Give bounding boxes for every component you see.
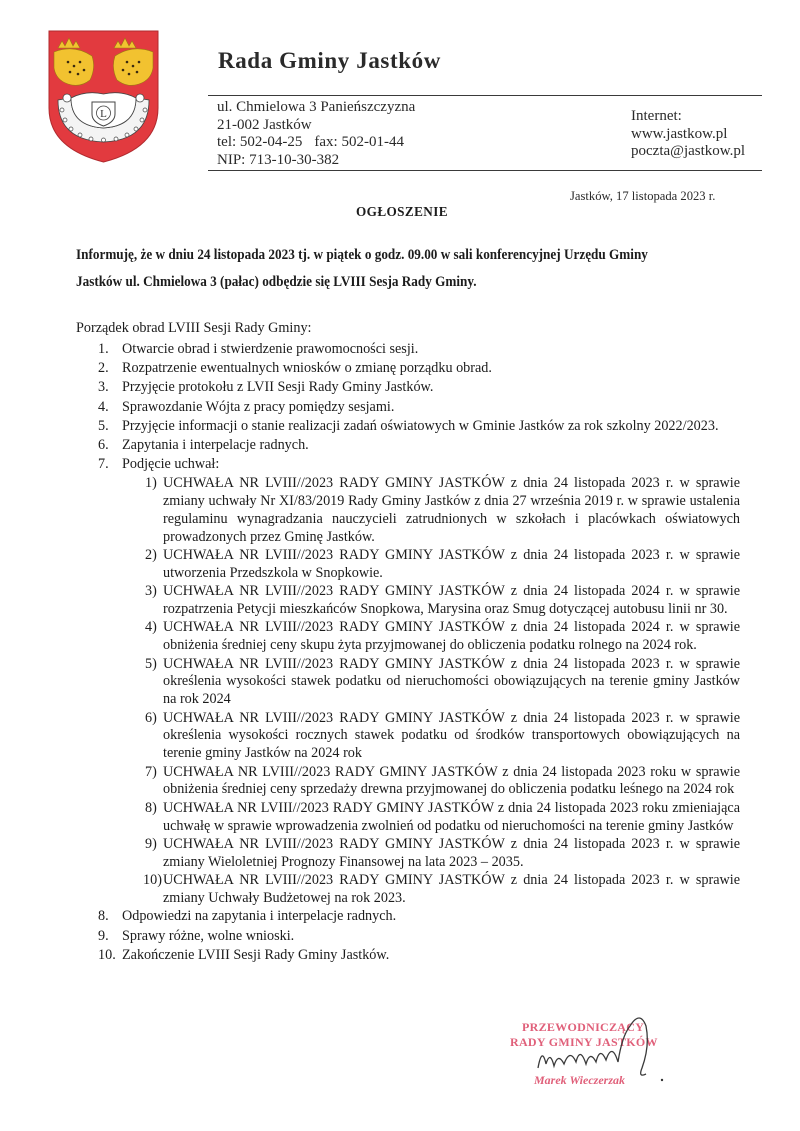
agenda-item-number: 5. [98,418,109,436]
announcement-intro: Informuję, że w dniu 24 listopada 2023 t… [76,242,690,296]
resolution-number: 10) [143,872,162,890]
resolution-text: UCHWAŁA NR LVIII//2023 RADY GMINY JASTKÓ… [163,475,740,544]
resolution-item: 2)UCHWAŁA NR LVIII//2023 RADY GMINY JAST… [76,547,740,583]
resolution-text: UCHWAŁA NR LVIII//2023 RADY GMINY JASTKÓ… [163,800,740,834]
svg-text:L: L [100,108,107,120]
resolution-item: 10)UCHWAŁA NR LVIII//2023 RADY GMINY JAS… [76,872,740,908]
resolution-number: 4) [145,619,157,637]
agenda-item-number: 6. [98,437,109,455]
phone-fax-line: tel: 502-04-25fax: 502-01-44 [217,134,415,152]
agenda-item-number: 8. [98,908,109,926]
agenda-item-text: Zapytania i interpelacje radnych. [122,437,309,453]
agenda-item-number: 10. [98,947,116,965]
agenda-item: 3.Przyjęcie protokołu z LVII Sesji Rady … [76,379,740,397]
tax-id: NIP: 713-10-30-382 [217,152,415,170]
resolution-text: UCHWAŁA NR LVIII//2023 RADY GMINY JASTKÓ… [163,710,740,762]
agenda-item-text: Zakończenie LVIII Sesji Rady Gminy Jastk… [122,947,389,963]
coat-of-arms-icon: L [46,28,161,165]
resolution-text: UCHWAŁA NR LVIII//2023 RADY GMINY JASTKÓ… [163,619,740,653]
agenda-item-number: 4. [98,399,109,417]
agenda-item-text: Odpowiedzi na zapytania i interpelacje r… [122,908,396,924]
agenda-item-text: Rozpatrzenie ewentualnych wniosków o zmi… [122,360,492,376]
agenda-item-number: 2. [98,360,109,378]
letterhead-divider-bottom [208,170,762,171]
letterhead-divider-top [208,95,762,96]
agenda-item: 8.Odpowiedzi na zapytania i interpelacje… [76,908,740,926]
agenda-item-number: 1. [98,341,109,359]
agenda-title: Porządek obrad LVIII Sesji Rady Gminy: [76,320,312,337]
resolution-text: UCHWAŁA NR LVIII//2023 RADY GMINY JASTKÓ… [163,836,740,870]
agenda-item-text: Przyjęcie protokołu z LVII Sesji Rady Gm… [122,379,433,395]
resolution-text: UCHWAŁA NR LVIII//2023 RADY GMINY JASTKÓ… [163,764,740,798]
resolution-number: 3) [145,583,157,601]
agenda-item-number: 9. [98,928,109,946]
agenda-item: 4.Sprawozdanie Wójta z pracy pomiędzy se… [76,399,740,417]
agenda-item-text: Otwarcie obrad i stwierdzenie prawomocno… [122,341,418,357]
website-link[interactable]: www.jastkow.pl [631,126,745,144]
resolution-number: 6) [145,710,157,728]
intro-line-2: Jastków ul. Chmielowa 3 (pałac) odbędzie… [76,269,690,296]
internet-block: Internet: www.jastkow.pl poczta@jastkow.… [631,108,745,161]
resolution-number: 7) [145,764,157,782]
resolution-number: 5) [145,656,157,674]
postal-address: 21-002 Jastków [217,117,415,135]
internet-label: Internet: [631,108,745,126]
resolution-item: 8)UCHWAŁA NR LVIII//2023 RADY GMINY JAST… [76,800,740,836]
resolution-item: 3)UCHWAŁA NR LVIII//2023 RADY GMINY JAST… [76,583,740,619]
resolution-item: 5)UCHWAŁA NR LVIII//2023 RADY GMINY JAST… [76,656,740,709]
resolution-text: UCHWAŁA NR LVIII//2023 RADY GMINY JASTKÓ… [163,547,740,581]
agenda-item-text: Sprawozdanie Wójta z pracy pomiędzy sesj… [122,399,394,415]
agenda-item: 2.Rozpatrzenie ewentualnych wniosków o z… [76,360,740,378]
street-address: ul. Chmielowa 3 Panieńszczyzna [217,99,415,117]
agenda-list: 1.Otwarcie obrad i stwierdzenie prawomoc… [76,341,740,966]
org-name-title: Rada Gminy Jastków [218,48,441,74]
document-heading: OGŁOSZENIE [356,204,448,220]
handwritten-signature-icon [530,1006,670,1086]
resolution-text: UCHWAŁA NR LVIII//2023 RADY GMINY JASTKÓ… [163,583,740,617]
agenda-item: 9.Sprawy różne, wolne wnioski. [76,928,740,946]
intro-line-1: Informuję, że w dniu 24 listopada 2023 t… [76,242,690,269]
resolution-item: 4)UCHWAŁA NR LVIII//2023 RADY GMINY JAST… [76,619,740,655]
phone-number: tel: 502-04-25 [217,134,302,150]
agenda-item: 6.Zapytania i interpelacje radnych. [76,437,740,455]
agenda-item: 5.Przyjęcie informacji o stanie realizac… [76,418,740,436]
address-block: ul. Chmielowa 3 Panieńszczyzna 21-002 Ja… [217,99,415,169]
resolution-item: 9)UCHWAŁA NR LVIII//2023 RADY GMINY JAST… [76,836,740,872]
fax-number: fax: 502-01-44 [314,134,404,150]
resolution-number: 9) [145,836,157,854]
agenda-item-text: Sprawy różne, wolne wnioski. [122,928,294,944]
agenda-item-text: Przyjęcie informacji o stanie realizacji… [122,418,719,434]
agenda-item-number: 3. [98,379,109,397]
resolution-number: 2) [145,547,157,565]
resolution-item: 1)UCHWAŁA NR LVIII//2023 RADY GMINY JAST… [76,475,740,546]
resolution-item: 6)UCHWAŁA NR LVIII//2023 RADY GMINY JAST… [76,710,740,763]
resolution-number: 1) [145,475,157,493]
document-date: Jastków, 17 listopada 2023 r. [570,189,715,204]
agenda-item-text: Podjęcie uchwał: [122,456,219,472]
agenda-item-number: 7. [98,456,109,474]
agenda-item: 7.Podjęcie uchwał: [76,456,740,474]
resolution-text: UCHWAŁA NR LVIII//2023 RADY GMINY JASTKÓ… [163,656,740,708]
agenda-item: 1.Otwarcie obrad i stwierdzenie prawomoc… [76,341,740,359]
resolution-text: UCHWAŁA NR LVIII//2023 RADY GMINY JASTKÓ… [163,872,740,906]
resolution-number: 8) [145,800,157,818]
email-link[interactable]: poczta@jastkow.pl [631,143,745,161]
agenda-item: 10.Zakończenie LVIII Sesji Rady Gminy Ja… [76,947,740,965]
resolution-item: 7)UCHWAŁA NR LVIII//2023 RADY GMINY JAST… [76,764,740,800]
